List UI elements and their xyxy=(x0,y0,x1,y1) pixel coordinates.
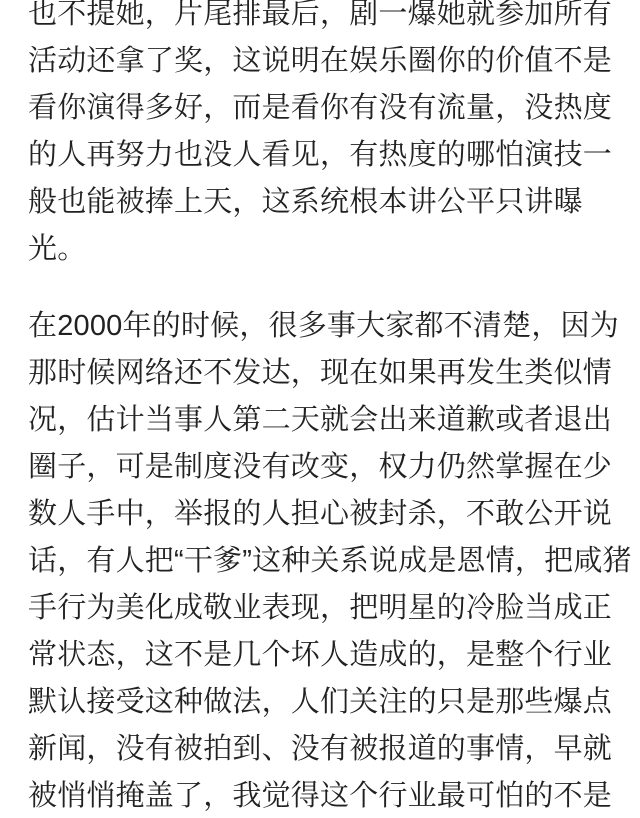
text-line: 那时候网络还不发达，现在如果再发生类似情 xyxy=(28,350,612,397)
text-line: 新闻，没有被拍到、没有被报道的事情，早就 xyxy=(28,726,612,773)
paragraph: 在2000年的时候，很多事大家都不清楚，因为 那时候网络还不发达，现在如果再发生… xyxy=(28,303,612,818)
text-line: 话，有人把“干爹”这种关系说成是恩情，把咸猪 xyxy=(28,538,612,585)
text-line: 手行为美化成敬业表现，把明星的冷脸当成正 xyxy=(28,585,612,632)
text-line: 数人手中，举报的人担心被封杀，不敢公开说 xyxy=(28,491,612,538)
text-line: 默认接受这种做法，人们关注的只是那些爆点 xyxy=(28,679,612,726)
text-line: 也不提她，片尾排最后，剧一爆她就参加所有 xyxy=(28,0,612,38)
text-line: 光。 xyxy=(28,226,612,273)
text-line: 的人再努力也没人看见，有热度的哪怕演技一 xyxy=(28,132,612,179)
paragraph: 也不提她，片尾排最后，剧一爆她就参加所有 活动还拿了奖，这说明在娱乐圈你的价值不… xyxy=(28,0,612,273)
text-line: 活动还拿了奖，这说明在娱乐圈你的价值不是 xyxy=(28,38,612,85)
text-line: 在2000年的时候，很多事大家都不清楚，因为 xyxy=(28,303,612,350)
text-line: 看你演得多好，而是看你有没有流量，没热度 xyxy=(28,85,612,132)
text-line: 况，估计当事人第二天就会出来道歉或者退出 xyxy=(28,397,612,444)
text-line: 圈子，可是制度没有改变，权力仍然掌握在少 xyxy=(28,444,612,491)
text-line: 常状态，这不是几个坏人造成的，是整个行业 xyxy=(28,632,612,679)
text-line: 般也能被捧上天，这系统根本讲公平只讲曝 xyxy=(28,179,612,226)
article-body: 也不提她，片尾排最后，剧一爆她就参加所有 活动还拿了奖，这说明在娱乐圈你的价值不… xyxy=(0,0,640,818)
text-line: 被悄悄掩盖了，我觉得这个行业最可怕的不是 xyxy=(28,773,612,818)
